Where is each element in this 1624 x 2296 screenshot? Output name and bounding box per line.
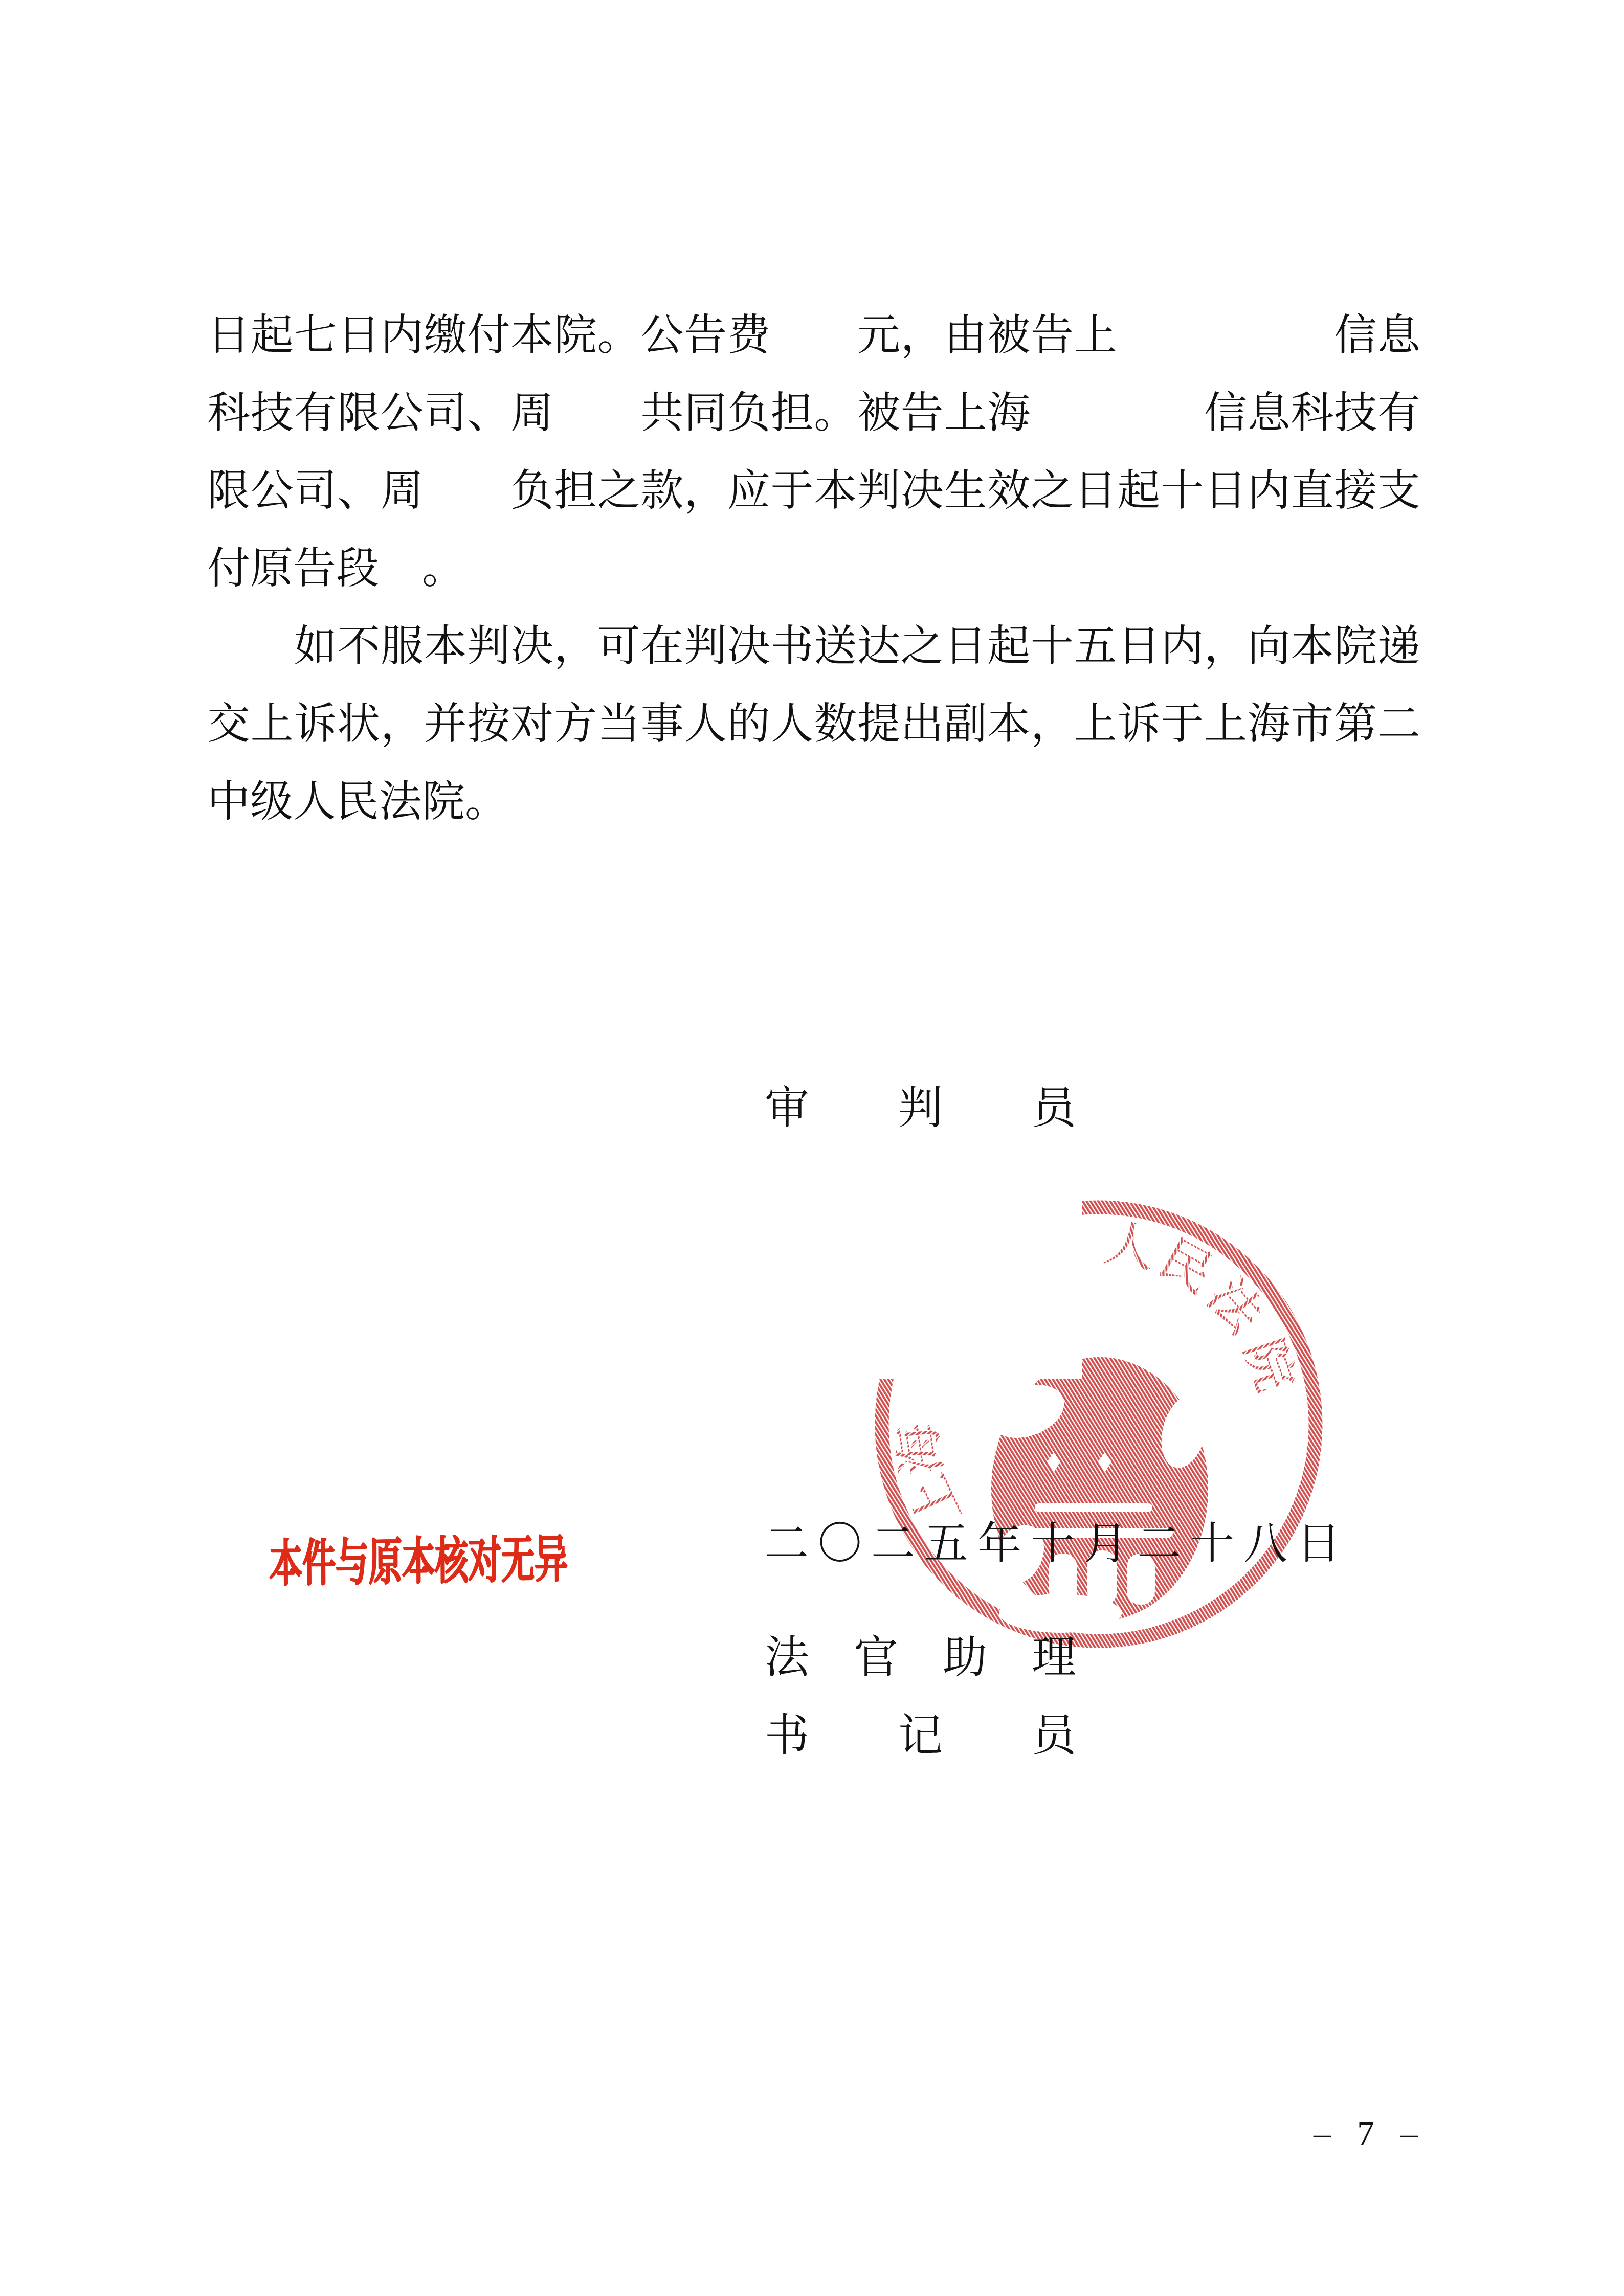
- assistant-judge-title: 法 官 助 理: [765, 1632, 1076, 1683]
- clerk-title: 书 记 员: [765, 1710, 1076, 1762]
- emblem-roof-beam: [1035, 1503, 1152, 1512]
- body-line: 科技有限公司、周 共同负担。被告上海 信息科技有: [207, 375, 1420, 453]
- judgment-date: 二〇二五年十月二十八日: [765, 1520, 1350, 1568]
- body-line: 限公司、周 负担之款，应于本判决生效之日起十日内直接支: [207, 453, 1420, 530]
- seal-char: 人: [1100, 1214, 1160, 1279]
- national-emblem: [983, 1357, 1214, 1633]
- body-line: 如不服本判决，可在判决书送达之日起十五日内，向本院递: [207, 608, 1420, 686]
- body-line: 中级人民法院。: [207, 763, 1420, 841]
- judge-title: 审 判 员: [765, 1083, 1076, 1134]
- page-number: – 7 –: [1314, 2114, 1420, 2152]
- body-line: 交上诉状，并按对方当事人的人数提出副本，上诉于上海市第二: [207, 686, 1420, 763]
- judgment-page: 日起七日内缴付本院。公告费 元，由被告上 信息 科技有限公司、周 共同负担。被告…: [0, 0, 1624, 2296]
- verification-stamp: 本件与原本核对无异: [269, 1529, 568, 1594]
- body-text-block: 日起七日内缴付本院。公告费 元，由被告上 信息 科技有限公司、周 共同负担。被告…: [207, 297, 1420, 841]
- body-line: 付原告段 。: [207, 530, 1420, 608]
- seal-mask-notch: [742, 1151, 1082, 1379]
- court-seal-icon: 上 海 人 民 法 院: [733, 1145, 1331, 1657]
- seal-char: 海: [888, 1420, 952, 1478]
- body-line: 日起七日内缴付本院。公告费 元，由被告上 信息: [207, 297, 1420, 375]
